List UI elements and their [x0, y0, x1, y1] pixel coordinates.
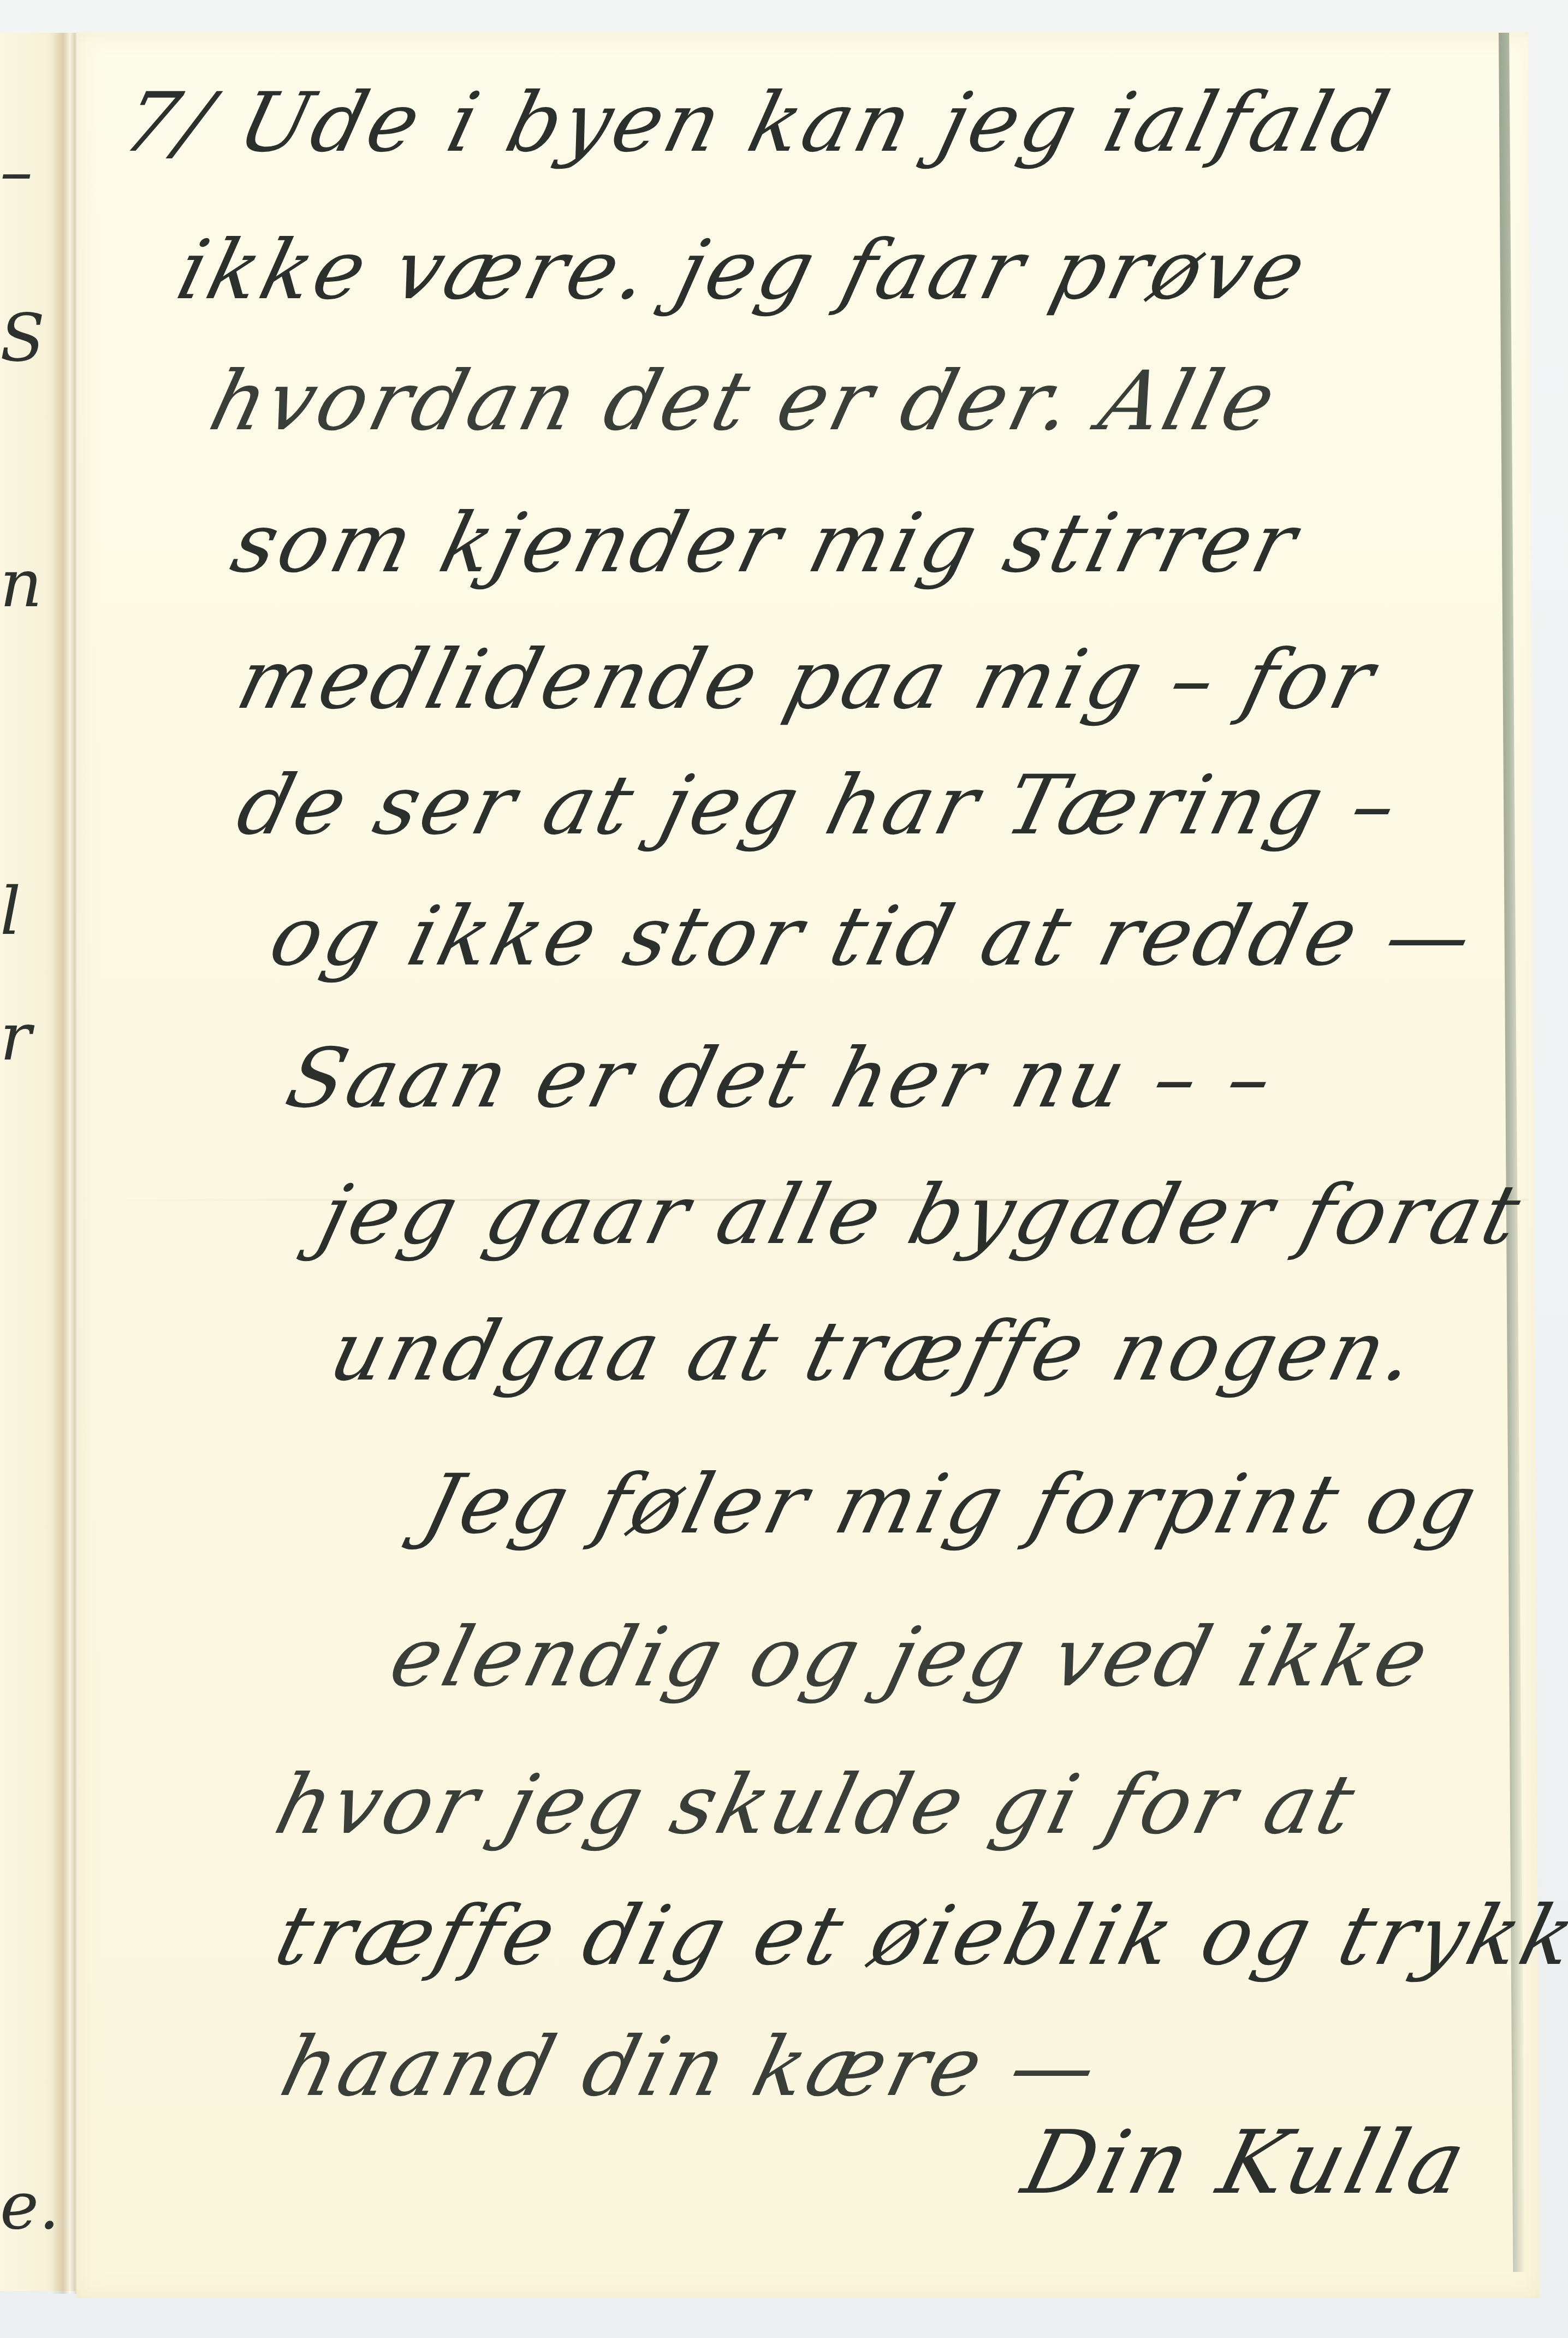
letter-line-1: 7/ Ude i byen kan jeg ialfald: [115, 82, 1399, 164]
letter-line-7: og ikke stor tid at redde —: [263, 896, 1483, 978]
left-page-fragment: e.: [0, 2174, 60, 2239]
letter-line-2: ikke være. jeg faar prøve: [170, 229, 1316, 311]
left-page-fragment: n: [0, 552, 42, 617]
letter-line-8: Saan er det her nu – –: [279, 1038, 1284, 1120]
letter-line-12: elendig og jeg ved ikke: [383, 1617, 1439, 1698]
letter-line-15: haand din kære —: [274, 2026, 1107, 2108]
letter-line-14: træffe dig et øieblik og trykke: [268, 1895, 1568, 1977]
letter-line-3: hvordan det er der. Alle: [203, 360, 1286, 442]
signature: Din Kulla: [1015, 2119, 1476, 2206]
letter-line-13: hvor jeg skulde gi for at: [268, 1764, 1365, 1846]
left-page-fragment: l: [0, 879, 21, 945]
letter-line-6: de ser at jeg har Tæring –: [230, 765, 1407, 847]
letter-line-11: Jeg føler mig forpint og: [415, 1464, 1487, 1546]
left-page-fragment: –: [0, 139, 33, 205]
left-page-fragment: S: [0, 306, 45, 371]
letter-line-5: medlidende paa mig – for: [230, 639, 1385, 721]
letter-line-10: undgaa at træffe nogen.: [323, 1311, 1426, 1393]
letter-line-9: jeg gaar alle bygader forat: [312, 1174, 1530, 1256]
left-page-fragment: r: [0, 1005, 31, 1070]
letter-line-4: som kjender mig stirrer: [224, 502, 1307, 584]
